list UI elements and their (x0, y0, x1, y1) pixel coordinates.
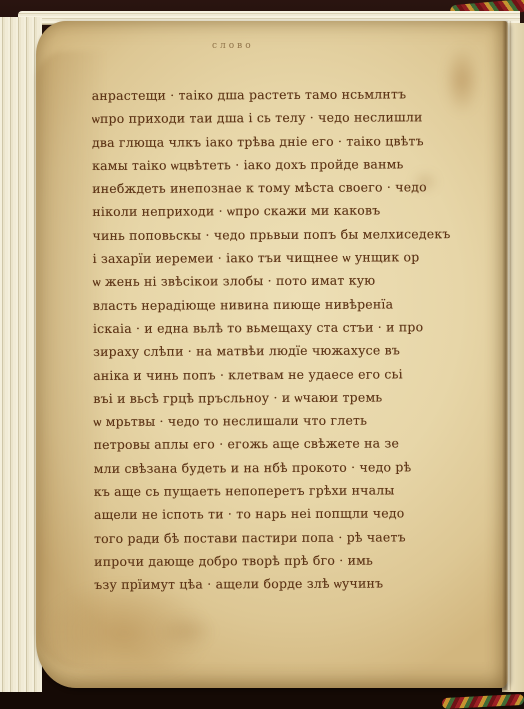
text-line: въі и вьсѣ грцѣ пръсльноу · и ѡчаюи трем… (93, 385, 475, 410)
text-line: аніка и чинь попъ · клетвам не удаесе ег… (93, 362, 475, 387)
text-block: анрастещи · таіко дша растеть тамо нсьмл… (92, 82, 477, 597)
manuscript-page: слово анрастещи · таіко дша растеть тамо… (36, 21, 508, 688)
stain (40, 582, 210, 682)
text-line: ипрочи дающе добро творѣ прѣ бго · имь (94, 548, 476, 573)
page-header-word: слово (212, 41, 254, 51)
text-line: іскаіа · и една вьлѣ то вьмещаху ста стъ… (93, 315, 475, 340)
text-line: анрастещи · таіко дша растеть тамо нсьмл… (92, 82, 474, 107)
text-line: камы таіко ѡцвѣтеть · іако дохъ пройде в… (92, 152, 474, 177)
text-line: ѡпро приходи таи дша і сь телу · чедо не… (92, 105, 474, 130)
manuscript-photo: слово анрастещи · таіко дша растеть тамо… (0, 0, 524, 709)
text-line: ѡ мрьтвы · чедо то неслишали что глеть (93, 408, 475, 433)
text-line: ащели не іспоть ти · то нарь неі попщли … (94, 501, 476, 526)
book-block: слово анрастещи · таіко дша растеть тамо… (0, 11, 524, 694)
text-line: зираху слѣпи · на матвѣи людїе чюжахусе … (93, 338, 475, 363)
text-line: два глюща члкъ іако трѣва дніе его · таі… (92, 129, 474, 154)
page-edge-crease (502, 21, 511, 690)
text-line: і захарїи иеремеи · іако тъи чищнее ѡ ун… (93, 245, 475, 270)
text-line: ъзу прїимут цѣа · ащели борде злѣ ѡучинъ (94, 571, 476, 596)
headband-bottom-braid (442, 694, 524, 709)
text-line: чинь поповьскы · чедо прьвыи попъ бы мел… (92, 222, 474, 247)
text-line: ѡ жень ні звѣсікои злобы · пото имат кую (93, 268, 475, 293)
text-line: къ аще сь пущаеть непоперетъ грѣхи нчалы (94, 478, 476, 503)
text-line: власть нерадіюще нивина пиюще нивѣренїа (93, 292, 475, 317)
text-line: того ради бѣ постави пастири попа · рѣ ч… (94, 525, 476, 550)
text-line: мли свѣзана будеть и на нбѣ прокото · че… (94, 455, 476, 480)
text-line: петровы аплы его · егожь аще свѣжете на … (93, 431, 475, 456)
text-line: инебждеть инепознае к тому мѣста своего … (92, 175, 474, 200)
text-line: ніколи неприходи · ѡпро скажи ми каковъ (92, 198, 474, 223)
stain (156, 614, 216, 648)
